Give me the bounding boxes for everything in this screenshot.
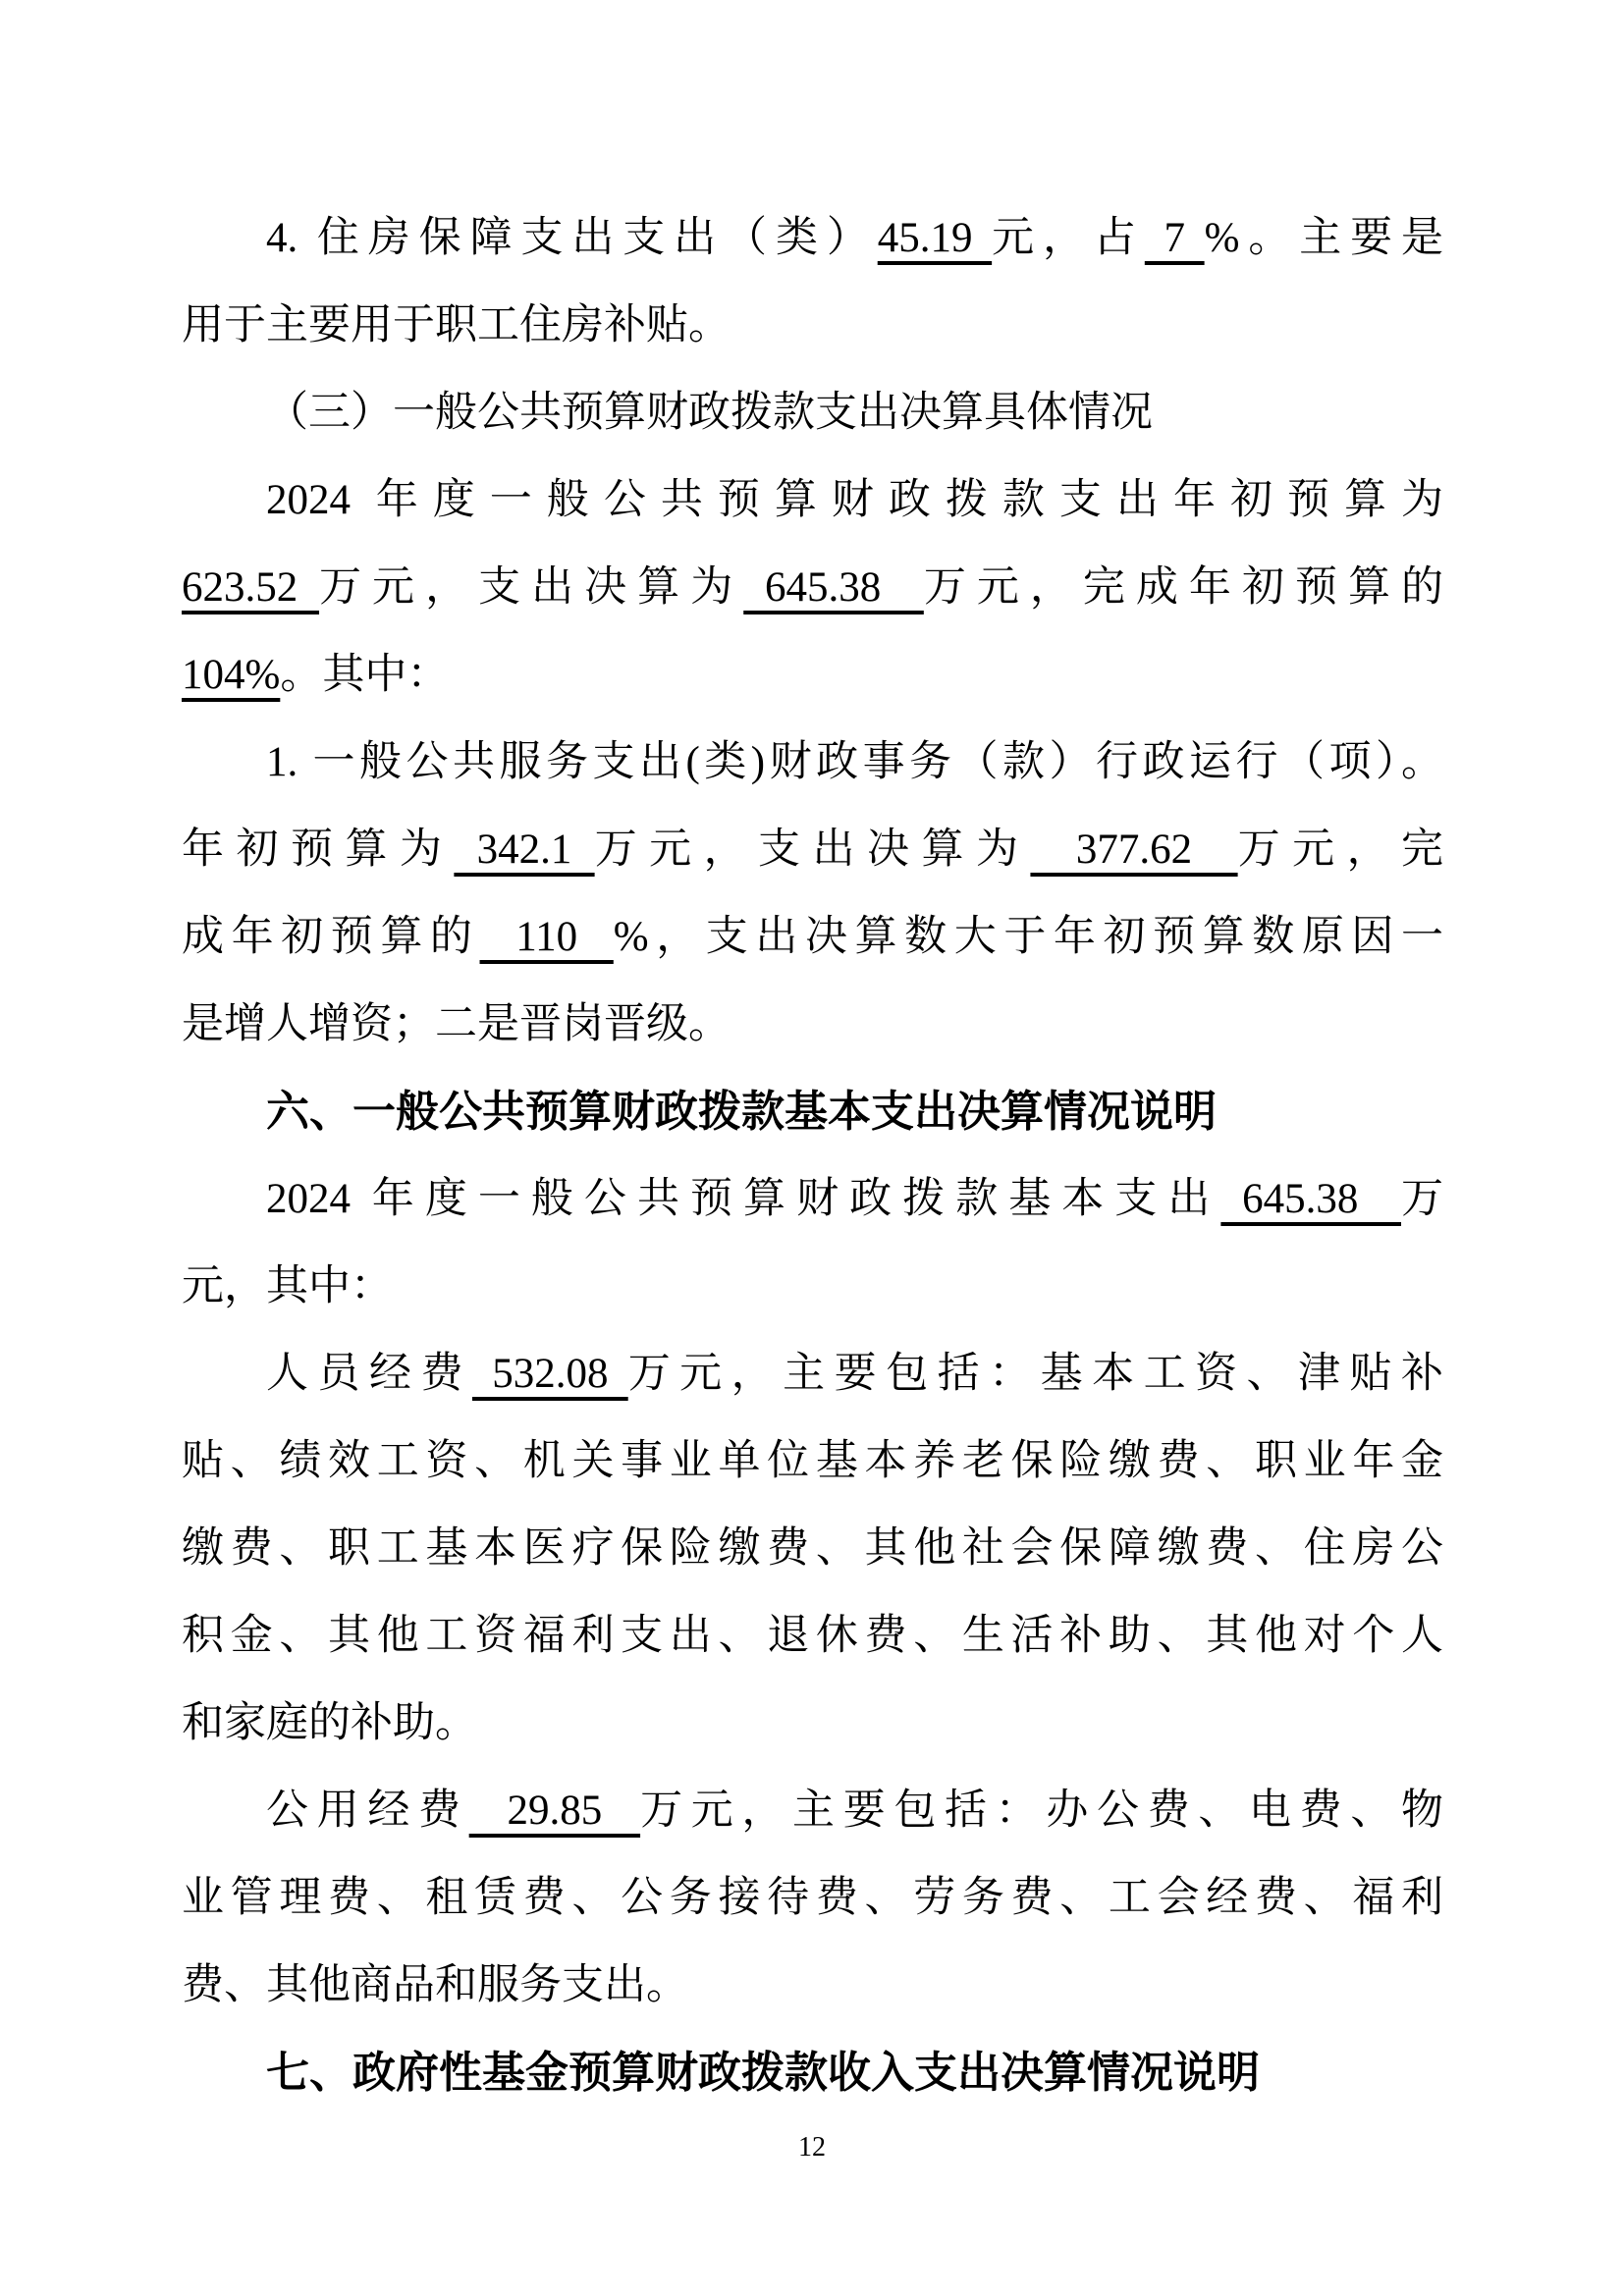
text-run: %。主要是 bbox=[1205, 215, 1443, 261]
underlined-value: 7 bbox=[1145, 215, 1205, 261]
text-run: 元，占 bbox=[992, 215, 1145, 261]
text-line: 人员经费 532.08 万元，主要包括：基本工资、津贴补 bbox=[182, 1330, 1443, 1417]
section-heading-six: 六、一般公共预算财政拨款基本支出决算情况说明 bbox=[182, 1068, 1443, 1155]
text-line: 缴费、职工基本医疗保险缴费、其他社会保障缴费、住房公 bbox=[182, 1505, 1443, 1592]
underlined-value: 623.52 bbox=[182, 564, 319, 611]
text-line: 和家庭的补助。 bbox=[182, 1680, 1443, 1767]
text-run: 万元，主要包括：办公费、电费、物 bbox=[640, 1788, 1443, 1834]
underlined-value: 377.62 bbox=[1030, 827, 1237, 873]
text-run: 万元，支出决算为 bbox=[595, 827, 1031, 873]
text-line: 年初预算为 342.1 万元，支出决算为 377.62 万元，完 bbox=[182, 806, 1443, 893]
text-run: 万元，主要包括：基本工资、津贴补 bbox=[628, 1351, 1443, 1397]
text-line: 元，其中： bbox=[182, 1243, 1443, 1330]
text-line: 623.52 万元，支出决算为 645.38 万元，完成年初预算的 bbox=[182, 544, 1443, 631]
underlined-value: 45.19 bbox=[878, 215, 992, 261]
text-line: 贴、绩效工资、机关事业单位基本养老保险缴费、职业年金 bbox=[182, 1417, 1443, 1505]
text-line: 是增人增资；二是晋岗晋级。 bbox=[182, 981, 1443, 1068]
underlined-value: 645.38 bbox=[1220, 1176, 1401, 1222]
subsection-heading: （三）一般公共预算财政拨款支出决算具体情况 bbox=[182, 369, 1443, 456]
text-line: 2024 年度一般公共预算财政拨款基本支出 645.38 万 bbox=[182, 1155, 1443, 1243]
text-line: 费、其他商品和服务支出。 bbox=[182, 1942, 1443, 2029]
section-heading-seven: 七、政府性基金预算财政拨款收入支出决算情况说明 bbox=[182, 2029, 1443, 2116]
text-run: 成年初预算的 bbox=[182, 914, 480, 960]
document-page: 4. 住房保障支出支出（类）45.19 元，占 7 %。主要是 用于主要用于职工… bbox=[0, 0, 1624, 2296]
text-line: 业管理费、租赁费、公务接待费、劳务费、工会经费、福利 bbox=[182, 1854, 1443, 1942]
text-line: 4. 住房保障支出支出（类）45.19 元，占 7 %。主要是 bbox=[182, 194, 1443, 282]
text-line: 104%。其中： bbox=[182, 631, 1443, 719]
text-run: 万 bbox=[1401, 1176, 1443, 1222]
text-line: 积金、其他工资福利支出、退休费、生活补助、其他对个人 bbox=[182, 1592, 1443, 1680]
underlined-value: 29.85 bbox=[469, 1788, 640, 1834]
underlined-value: 104% bbox=[182, 652, 280, 698]
underlined-value: 342.1 bbox=[454, 827, 594, 873]
text-line: 1. 一般公共服务支出(类)财政事务（款）行政运行（项）。 bbox=[182, 719, 1443, 806]
text-run: %，支出决算数大于年初预算数原因一 bbox=[614, 914, 1443, 960]
text-run: 人员经费 bbox=[266, 1351, 472, 1397]
text-run: 。其中： bbox=[280, 652, 449, 698]
text-run: 4. 住房保障支出支出（类） bbox=[266, 215, 878, 261]
text-run: 万元，支出决算为 bbox=[319, 564, 743, 611]
underlined-value: 645.38 bbox=[743, 564, 924, 611]
underlined-value: 110 bbox=[480, 914, 614, 960]
text-line: 用于主要用于职工住房补贴。 bbox=[182, 282, 1443, 369]
text-run: 万元，完成年初预算的 bbox=[924, 564, 1443, 611]
underlined-value: 532.08 bbox=[472, 1351, 628, 1397]
page-number: 12 bbox=[0, 2128, 1624, 2167]
text-line: 2024 年度一般公共预算财政拨款支出年初预算为 bbox=[182, 456, 1443, 544]
text-run: 2024 年度一般公共预算财政拨款基本支出 bbox=[266, 1176, 1220, 1222]
text-line: 成年初预算的 110 %，支出决算数大于年初预算数原因一 bbox=[182, 893, 1443, 981]
text-run: 年初预算为 bbox=[182, 827, 454, 873]
text-line: 公用经费 29.85 万元，主要包括：办公费、电费、物 bbox=[182, 1767, 1443, 1854]
text-run: 公用经费 bbox=[266, 1788, 469, 1834]
document-body: 4. 住房保障支出支出（类）45.19 元，占 7 %。主要是 用于主要用于职工… bbox=[182, 194, 1443, 2116]
text-run: 万元，完 bbox=[1238, 827, 1443, 873]
